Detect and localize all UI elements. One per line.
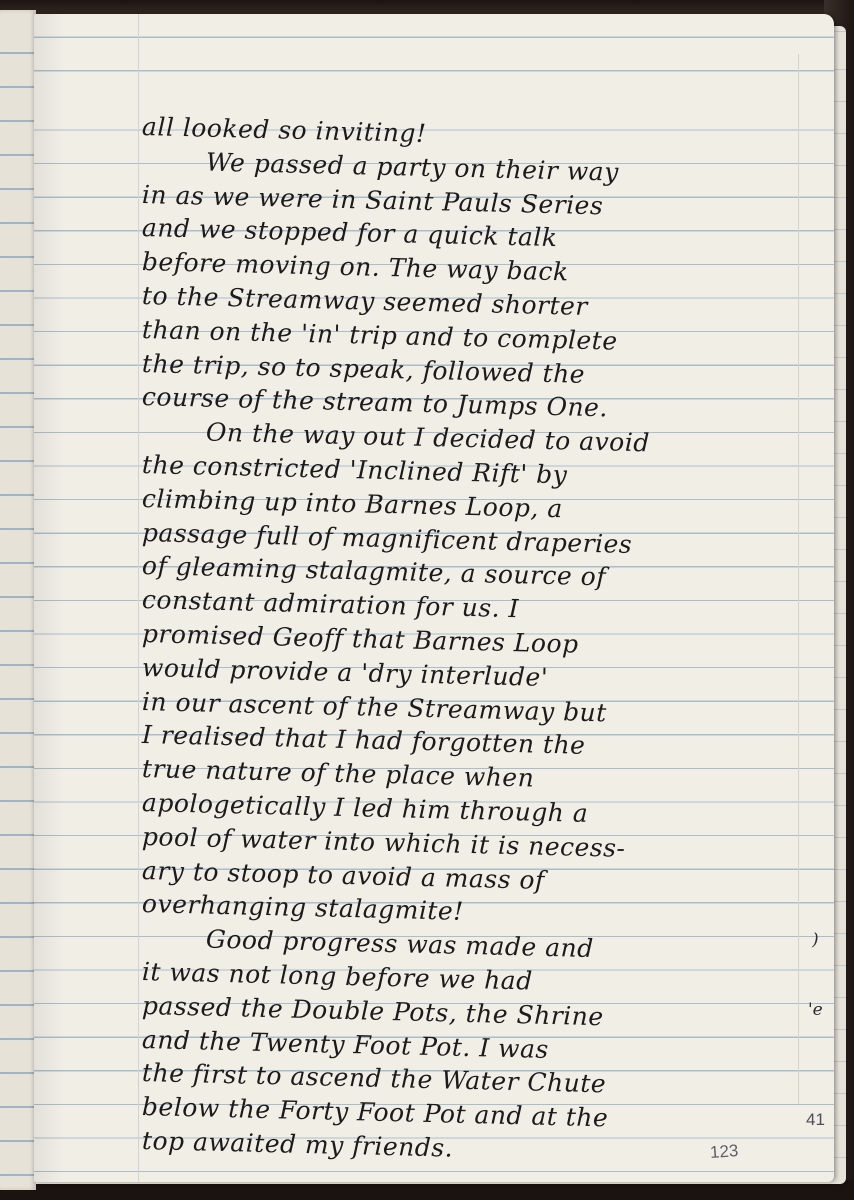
underlying-page-number: 41 (806, 1110, 825, 1130)
underlying-page-mark: ) (812, 930, 819, 950)
facing-page-edge (0, 10, 36, 1190)
handwritten-text: all looked so inviting!We passed a party… (142, 110, 812, 1158)
margin-line (138, 14, 139, 1182)
page-number: 123 (709, 1141, 739, 1163)
underlying-page-mark: 'e (808, 1000, 823, 1020)
notebook-page: all looked so inviting!We passed a party… (34, 14, 834, 1182)
